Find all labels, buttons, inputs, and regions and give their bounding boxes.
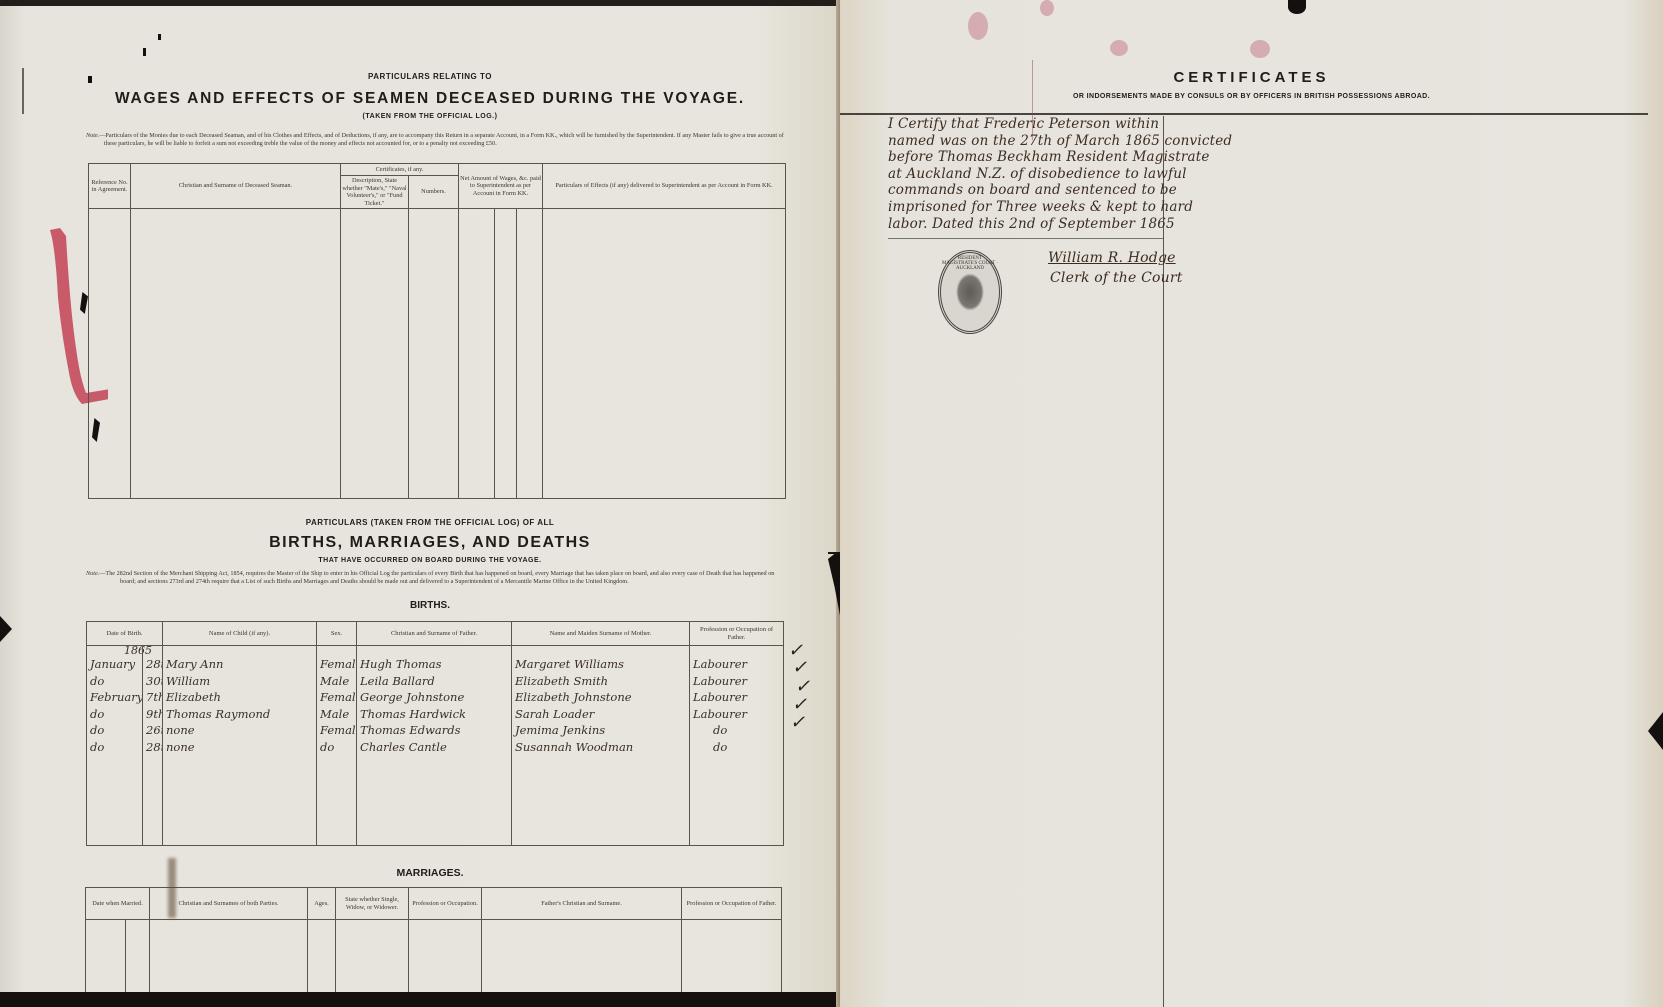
birth-sex: Female [320, 722, 353, 739]
births-col-sex: Sex. [317, 622, 357, 646]
births-col-mother: Name and Maiden Surname of Mother. [512, 622, 690, 646]
signature-title: Clerk of the Court [1050, 270, 1183, 287]
certificate-line: I Certify that Frederic Peterson within [888, 116, 1168, 133]
birth-child-name: Mary Ann [166, 656, 313, 673]
birth-child-name: Thomas Raymond [166, 706, 313, 723]
birth-day: 26th [146, 722, 159, 739]
birth-occupation: Labourer [693, 706, 780, 723]
certificate-line: imprisoned for Three weeks & kept to har… [888, 199, 1168, 216]
birth-day: 28th [146, 656, 159, 673]
ink-mark [22, 68, 24, 114]
certificate-underline [888, 238, 1163, 239]
birth-father: Charles Cantle [360, 739, 508, 756]
ink-blot [1250, 40, 1270, 58]
paper-tear [1648, 712, 1663, 750]
wages-title: WAGES AND EFFECTS OF SEAMEN DECEASED DUR… [80, 90, 780, 108]
births-heading: BIRTHS. [80, 600, 780, 611]
births-col-child: Name of Child (if any). [163, 622, 317, 646]
births-table: Date of Birth. Name of Child (if any). S… [86, 621, 784, 846]
bmd-pre-title: PARTICULARS (TAKEN FROM THE OFFICIAL LOG… [80, 518, 780, 527]
signature: William R. Hodge [1048, 250, 1176, 267]
marriages-col-father-occupation: Profession or Occupation of Father. [682, 888, 782, 920]
wages-pre-title: PARTICULARS RELATING TO [80, 72, 780, 81]
certificate-line: named was on the 27th of March 1865 conv… [888, 133, 1168, 150]
paper-tear [1288, 0, 1306, 14]
ink-blot [968, 12, 988, 40]
wages-note: Note.—Particulars of the Monies due to e… [86, 132, 786, 147]
certificate-line: commands on board and sentenced to be [888, 182, 1168, 199]
seal-text: RESIDENT MAGISTRATE'S COURT · AUCKLAND [941, 253, 999, 331]
stain [168, 858, 176, 918]
birth-sex: Male [320, 706, 353, 723]
marriages-col-father-name: Father's Christian and Surname. [482, 888, 682, 920]
bmd-note: Note.—The 282nd Section of the Merchant … [86, 570, 786, 585]
births-body: January do February do do do 28th 30th 7… [87, 646, 784, 846]
wages-col-net-amount: Net Amount of Wages, &c. paid to Superin… [459, 164, 543, 209]
birth-child-name: Elizabeth [166, 689, 313, 706]
checkmark-icon: ✓ [792, 657, 807, 678]
wages-col-description: Description, State whether "Mate's," "Na… [341, 176, 409, 209]
birth-mother: Sarah Loader [515, 706, 686, 723]
birth-child-name: none [166, 722, 313, 739]
wages-col-reference: Reference No. in Agreement. [89, 164, 131, 209]
marriages-col-state: State whether Single, Widow, or Widower. [336, 888, 409, 920]
marriages-col-profession: Profession or Occupation. [409, 888, 482, 920]
marriages-heading: MARRIAGES. [80, 867, 780, 879]
birth-father: George Johnstone [360, 689, 508, 706]
right-page: CERTIFICATES OR INDORSEMENTS MADE BY CON… [840, 0, 1663, 1007]
birth-father: Thomas Hardwick [360, 706, 508, 723]
bmd-title: BIRTHS, MARRIAGES, AND DEATHS [80, 534, 780, 552]
certificates-subtitle: OR INDORSEMENTS MADE BY CONSULS OR BY OF… [840, 93, 1663, 100]
birth-sex: Male [320, 673, 353, 690]
scan-edge [0, 992, 840, 1007]
birth-month: do [90, 722, 139, 739]
ink-speck [143, 48, 146, 56]
ink-speck [158, 34, 161, 40]
birth-sex: Female [320, 656, 353, 673]
birth-occupation: do [693, 722, 780, 739]
header-rule [840, 113, 1648, 115]
bmd-subtitle: THAT HAVE OCCURRED ON BOARD DURING THE V… [80, 557, 780, 564]
birth-sex: Female [320, 689, 353, 706]
birth-mother: Susannah Woodman [515, 739, 686, 756]
wages-col-name: Christian and Surname of Deceased Seaman… [131, 164, 341, 209]
bmd-note-text: —The 282nd Section of the Merchant Shipp… [99, 570, 774, 585]
birth-father: Thomas Edwards [360, 722, 508, 739]
certificate-line: at Auckland N.Z. of disobedience to lawf… [888, 166, 1168, 183]
wages-note-text: —Particulars of the Monies due to each D… [99, 132, 784, 147]
left-page: PARTICULARS RELATING TO WAGES AND EFFECT… [0, 0, 840, 1007]
birth-mother: Elizabeth Smith [515, 673, 686, 690]
wages-col-certificates: Certificates, if any. [341, 164, 459, 176]
marriages-col-date: Date when Married. [86, 888, 150, 920]
birth-child-name: none [166, 739, 313, 756]
certificates-title: CERTIFICATES [840, 69, 1663, 86]
births-col-father: Christian and Surname of Father. [357, 622, 512, 646]
birth-day: 9th [146, 706, 159, 723]
birth-mother: Margaret Williams [515, 656, 686, 673]
marriages-table: Date when Married. Christian and Surname… [85, 887, 782, 1007]
wages-empty-row [89, 209, 786, 499]
birth-day: 30th [146, 673, 159, 690]
birth-occupation: Labourer [693, 673, 780, 690]
bmd-note-label: Note. [86, 570, 99, 577]
checkmark-icon: ✓ [790, 712, 805, 733]
certificate-line: labor. Dated this 2nd of September 1865 [888, 216, 1168, 233]
birth-month: January [90, 656, 139, 673]
paper-tear [0, 616, 12, 642]
birth-day: 7th [146, 689, 159, 706]
birth-sex: do [320, 739, 353, 756]
ink-blot [1110, 40, 1128, 56]
birth-month: do [90, 739, 139, 756]
birth-child-name: William [166, 673, 313, 690]
births-col-occupation: Profession or Occupation of Father. [690, 622, 784, 646]
wages-col-effects: Particulars of Effects (if any) delivere… [543, 164, 786, 209]
certificate-line: before Thomas Beckham Resident Magistrat… [888, 149, 1168, 166]
court-seal-icon: RESIDENT MAGISTRATE'S COURT · AUCKLAND [938, 250, 1002, 334]
birth-day: 28th [146, 739, 159, 756]
wages-subtitle: (TAKEN FROM THE OFFICIAL LOG.) [80, 113, 780, 120]
birth-mother: Jemima Jenkins [515, 722, 686, 739]
birth-occupation: Labourer [693, 689, 780, 706]
birth-occupation: do [693, 739, 780, 756]
ink-blot [1040, 0, 1054, 16]
marriages-col-ages: Ages. [308, 888, 336, 920]
births-col-date: Date of Birth. [87, 622, 163, 646]
birth-month: do [90, 673, 139, 690]
wages-col-numbers: Numbers. [409, 176, 459, 209]
birth-mother: Elizabeth Johnstone [515, 689, 686, 706]
birth-month: February [90, 689, 139, 706]
birth-occupation: Labourer [693, 656, 780, 673]
birth-father: Hugh Thomas [360, 656, 508, 673]
birth-father: Leila Ballard [360, 673, 508, 690]
wages-note-label: Note. [86, 132, 99, 139]
birth-month: do [90, 706, 139, 723]
certificate-text: I Certify that Frederic Peterson within … [888, 116, 1168, 232]
wages-table: Reference No. in Agreement. Christian an… [88, 163, 786, 499]
